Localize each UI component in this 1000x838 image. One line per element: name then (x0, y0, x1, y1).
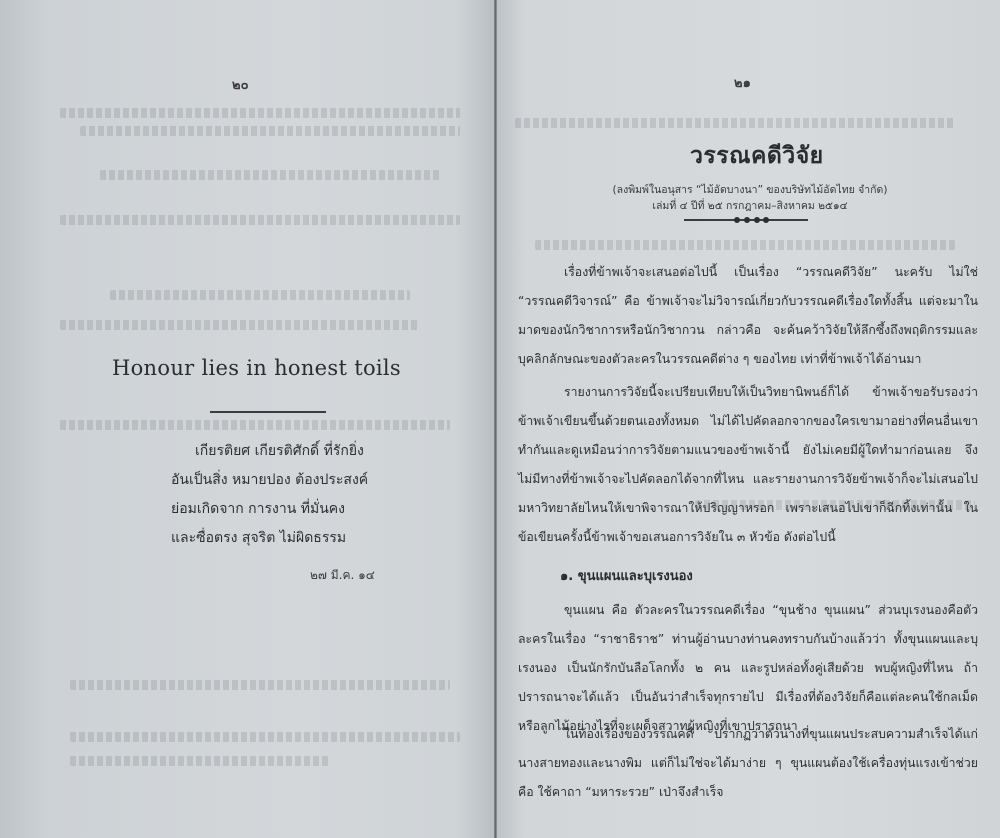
poem-line: เกียรติยศ เกียรติศักดิ์ ที่รักยิ่ง (195, 437, 368, 466)
poem-line: และซื่อตรง สุจริต ไม่ผิดธรรม (171, 524, 368, 553)
paragraph-text: ในท้องเรื่องของวรรณคดี ปรากฏว่าตัวนางที่… (518, 727, 978, 799)
bleed-through-text (100, 170, 440, 180)
article-title: วรรณคดีวิจัย (690, 138, 824, 174)
title-underline (210, 411, 326, 413)
paragraph-text: ขุนแผน คือ ตัวละครในวรรณคดีเรื่อง “ขุนช้… (518, 603, 978, 733)
bleed-through-text (60, 215, 460, 225)
poem-date: ๒๗ มี.ค. ๑๔ (310, 566, 375, 585)
bleed-through-text (60, 108, 460, 118)
left-page (0, 0, 495, 838)
poem-line: อันเป็นสิ่ง หมายปอง ต้องประสงค์ (171, 466, 368, 495)
section-heading: ๑. ขุนแผนและบุเรงนอง (560, 565, 693, 586)
page-number-right: ๒๑ (734, 72, 751, 93)
ornament-dot (763, 217, 769, 223)
ornament-dot (734, 217, 740, 223)
publication-note-line: (ลงพิมพ์ในอนุสาร “ไม้อัดบางนา” ของบริษัท… (600, 182, 900, 198)
paragraph-text: เรื่องที่ข้าพเจ้าจะเสนอต่อไปนี้ เป็นเรื่… (518, 265, 978, 366)
paragraph: เรื่องที่ข้าพเจ้าจะเสนอต่อไปนี้ เป็นเรื่… (518, 258, 978, 374)
bleed-through-text (110, 290, 410, 300)
poem-line: ย่อมเกิดจาก การงาน ที่มั่นคง (171, 495, 368, 524)
bleed-through-text (80, 126, 460, 136)
paragraph-text: รายงานการวิจัยนี้จะเปรียบเทียบให้เป็นวิท… (518, 385, 978, 544)
paragraph: ในท้องเรื่องของวรรณคดี ปรากฏว่าตัวนางที่… (518, 720, 978, 807)
bleed-through-text (515, 118, 955, 128)
publication-note-line: เล่มที่ ๔ ปีที่ ๒๕ กรกฎาคม–สิงหาคม ๒๕๑๔ (600, 198, 900, 214)
page-number-left: ๒๐ (232, 74, 249, 95)
ornament-divider (684, 219, 808, 221)
bleed-through-text (535, 240, 955, 250)
bleed-through-text (60, 420, 450, 430)
paragraph: รายงานการวิจัยนี้จะเปรียบเทียบให้เป็นวิท… (518, 378, 978, 552)
book-gutter (494, 0, 497, 838)
bleed-through-text (70, 732, 460, 742)
ornament-dot (744, 217, 750, 223)
poem: เกียรติยศ เกียรติศักดิ์ ที่รักยิ่ง อันเป… (195, 437, 368, 553)
ornament-dot (754, 217, 760, 223)
motto-title: Honour lies in honest toils (112, 356, 452, 380)
publication-note: (ลงพิมพ์ในอนุสาร “ไม้อัดบางนา” ของบริษัท… (600, 182, 900, 214)
bleed-through-text (70, 756, 330, 766)
bleed-through-text (70, 680, 450, 690)
bleed-through-text (60, 320, 420, 330)
